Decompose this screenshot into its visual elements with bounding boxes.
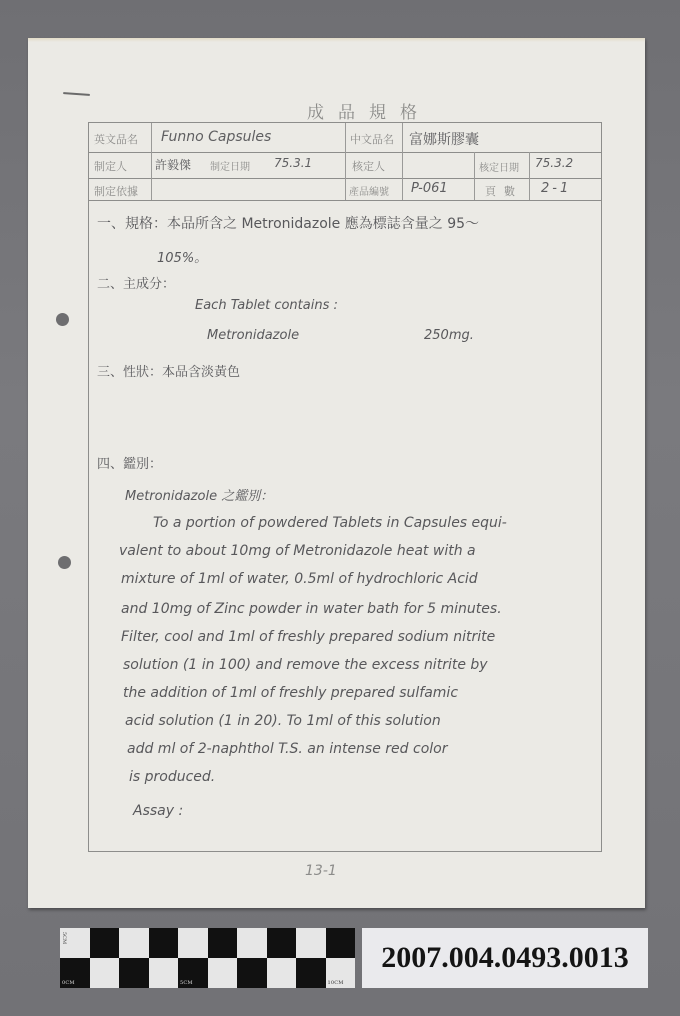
col-divider bbox=[151, 123, 152, 200]
value-english-name: Funno Capsules bbox=[161, 129, 271, 145]
assay-heading: Assay : bbox=[133, 803, 183, 819]
label-basis: 制定依據 bbox=[94, 183, 138, 199]
identification-subheading: Metronidazole 之鑑別： bbox=[125, 485, 273, 504]
ingredient-amount: 250mg. bbox=[424, 328, 474, 343]
measurement-scale: 5CM 0CM 5CM 10CM bbox=[60, 928, 355, 988]
value-prepared-by: 許毅傑 bbox=[155, 156, 191, 173]
procedure-line: acid solution (1 in 20). To 1ml of this … bbox=[125, 713, 441, 729]
accession-label: 2007.004.0493.0013 bbox=[362, 928, 648, 988]
label-approved-date: 核定日期 bbox=[479, 159, 519, 174]
document-title: 成品規格 bbox=[304, 98, 434, 123]
col-divider bbox=[474, 152, 475, 200]
procedure-line: add ml of 2-naphthol T.S. an intense red… bbox=[127, 741, 447, 757]
value-product-code: P-061 bbox=[411, 181, 448, 196]
spec-line: 一、規格：本品所含之 Metronidazole 應為標誌含量之 95～ bbox=[97, 213, 479, 233]
spec-line-cont: 105%。 bbox=[157, 247, 207, 266]
label-chinese-name: 中文品名 bbox=[350, 131, 394, 147]
punch-hole-upper bbox=[56, 313, 69, 326]
value-page-count: 2-1 bbox=[541, 181, 571, 196]
scale-vertical-label: 5CM bbox=[61, 932, 67, 944]
procedure-line: and 10mg of Zinc powder in water bath fo… bbox=[121, 601, 502, 617]
spec-form-frame: 英文品名 Funno Capsules 中文品名 富娜斯膠囊 制定人 許毅傑 制… bbox=[88, 122, 602, 852]
margin-mark bbox=[63, 92, 90, 96]
procedure-line: solution (1 in 100) and remove the exces… bbox=[123, 657, 488, 673]
page-number: 13-1 bbox=[305, 863, 337, 879]
value-approved-date: 75.3.2 bbox=[535, 156, 573, 170]
col-divider bbox=[402, 123, 403, 200]
punch-hole-lower bbox=[58, 556, 71, 569]
value-prepared-date: 75.3.1 bbox=[274, 156, 312, 170]
procedure-line: Filter, cool and 1ml of freshly prepared… bbox=[121, 629, 495, 645]
col-divider bbox=[345, 123, 346, 200]
procedure-line: mixture of 1ml of water, 0.5ml of hydroc… bbox=[121, 571, 478, 587]
col-divider bbox=[529, 152, 530, 200]
label-prepared-by: 制定人 bbox=[94, 158, 127, 174]
document-sheet: 成品規格 英文品名 Funno Capsules 中文品名 富娜斯膠囊 制定人 … bbox=[28, 38, 645, 908]
label-english-name: 英文品名 bbox=[94, 131, 138, 147]
scale-label-5: 5CM bbox=[180, 980, 193, 986]
procedure-line: is produced. bbox=[129, 769, 215, 785]
ingredients-intro: Each Tablet contains : bbox=[195, 298, 338, 313]
row-divider bbox=[89, 200, 601, 201]
properties-line: 三、性狀：本品含淡黃色 bbox=[97, 361, 240, 380]
scale-label-0: 0CM bbox=[62, 980, 75, 986]
value-chinese-name: 富娜斯膠囊 bbox=[409, 129, 479, 149]
identification-heading: 四、鑑別： bbox=[97, 453, 162, 472]
procedure-line: To a portion of powdered Tablets in Caps… bbox=[153, 515, 507, 531]
label-page-count: 頁數 bbox=[485, 183, 523, 199]
accession-number: 2007.004.0493.0013 bbox=[381, 941, 629, 975]
procedure-line: the addition of 1ml of freshly prepared … bbox=[123, 685, 458, 701]
label-prepared-date: 制定日期 bbox=[210, 158, 250, 173]
label-product-code: 產品編號 bbox=[349, 183, 389, 198]
ingredients-heading: 二、主成分： bbox=[97, 273, 175, 292]
procedure-line: valent to about 10mg of Metronidazole he… bbox=[119, 543, 476, 559]
label-approved-by: 核定人 bbox=[352, 158, 385, 174]
ingredient-name: Metronidazole bbox=[207, 328, 299, 343]
scale-label-10: 10CM bbox=[328, 980, 344, 986]
